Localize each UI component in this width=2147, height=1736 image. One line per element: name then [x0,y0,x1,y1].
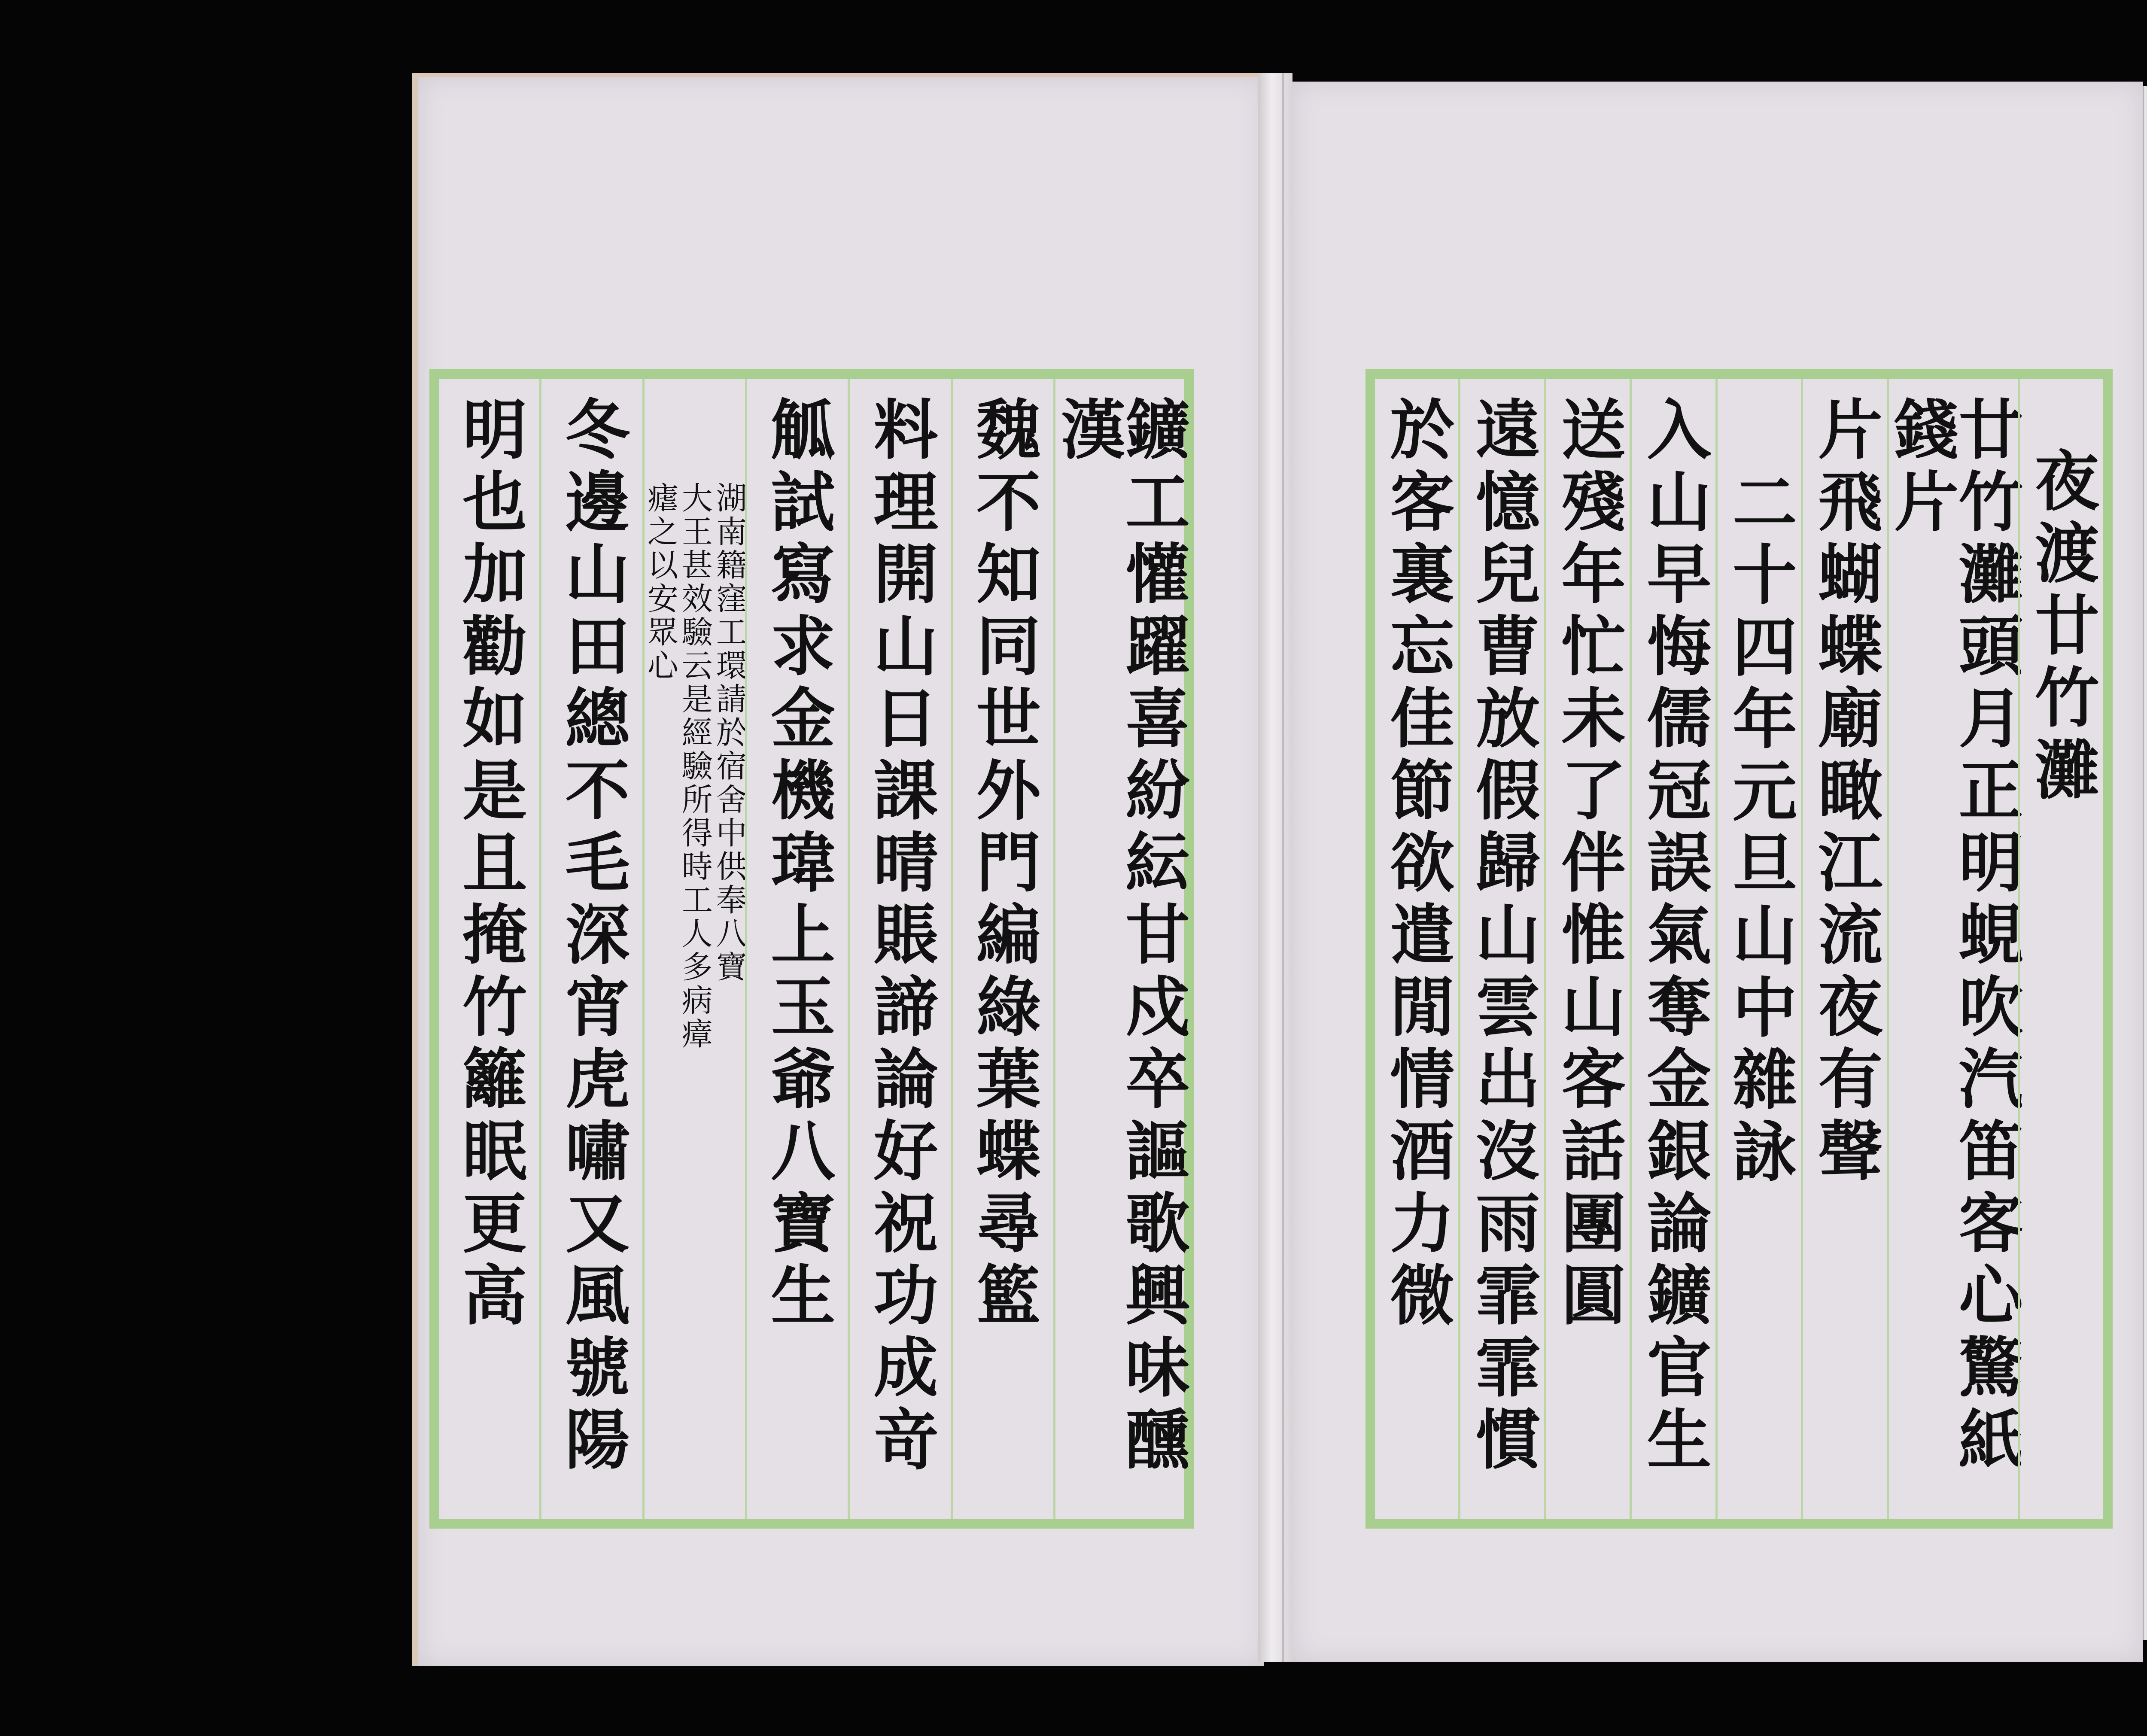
text-column: 鑛工懽躍喜紛紜甘戍卒謳歌興味醺漢 [1053,379,1184,1519]
text-column: 料理開山日課晴賬諦論好祝功成竒 [848,379,950,1519]
text-column: 夜渡廿竹灘 [2018,379,2103,1519]
text-column: 廿竹灘頭月正明蜆吹汽笛客心驚紙錢片 [1887,379,2018,1519]
left-page-columns: 鑛工懽躍喜紛紜甘戍卒謳歌興味醺漢 魏不知同世外門編綠葉蝶尋籃 料理開山日課晴賬諦… [439,379,1184,1519]
open-book: 夜渡廿竹灘 廿竹灘頭月正明蜆吹汽笛客心驚紙錢片 片飛蝴蝶廟瞰江流夜有聲 二十四年… [0,0,2147,1736]
poem-title: 夜渡廿竹灘 [2029,396,2094,1519]
right-page-columns: 夜渡廿竹灘 廿竹灘頭月正明蜆吹汽笛客心驚紙錢片 片飛蝴蝶廟瞰江流夜有聲 二十四年… [1375,379,2103,1519]
text-column: 冬邊山田總不毛深宵虎嘯又風號陽 [539,379,642,1519]
annotation-line: 湖南籍窪工環請於宿舍中供奉八寶 [714,482,745,1519]
verse-line: 觚試寫求金機瑋上玉爺八寶生 [765,396,830,1519]
annotation-column: 湖南籍窪工環請於宿舍中供奉八寶 大王甚效驗云是經驗所得時工人多病瘴 瘧之以安眾心 [642,379,745,1519]
right-page-frame: 夜渡廿竹灘 廿竹灘頭月正明蜆吹汽笛客心驚紙錢片 片飛蝴蝶廟瞰江流夜有聲 二十四年… [1365,369,2113,1529]
text-column: 送殘年忙未了伴惟山客話團圓 [1544,379,1630,1519]
verse-line: 明也加勸如是且掩竹籬眠更高 [457,396,521,1519]
verse-line: 魏不知同世外門編綠葉蝶尋籃 [971,396,1035,1519]
verse-line: 入山早悔儒冠誤氣奪金銀論鑛官生 [1642,396,1706,1519]
verse-line: 料理開山日課晴賬諦論好祝功成竒 [868,396,933,1519]
book-spine [1258,73,1292,1662]
text-column: 片飛蝴蝶廟瞰江流夜有聲 [1801,379,1886,1519]
verse-line: 於客裏忘佳節欲遣閒情酒力微 [1384,396,1449,1519]
text-column: 入山早悔儒冠誤氣奪金銀論鑛官生 [1630,379,1715,1519]
text-column: 遠憶兒曹放假歸山雲出沒雨霏霏慣 [1458,379,1544,1519]
annotation-line: 瘧之以安眾心 [645,482,676,1519]
left-page-frame: 鑛工懽躍喜紛紜甘戍卒謳歌興味醺漢 魏不知同世外門編綠葉蝶尋籃 料理開山日課晴賬諦… [429,369,1194,1529]
verse-line: 片飛蝴蝶廟瞰江流夜有聲 [1812,396,1877,1519]
verse-line: 遠憶兒曹放假歸山雲出沒雨霏霏慣 [1470,396,1535,1519]
verse-line: 廿竹灘頭月正明蜆吹汽笛客心驚紙錢片 [1889,396,2018,1519]
poem-title: 二十四年元旦山中雜詠 [1727,396,1791,1519]
verse-line: 鑛工懽躍喜紛紜甘戍卒謳歌興味醺漢 [1055,396,1184,1519]
verse-line: 冬邊山田總不毛深宵虎嘯又風號陽 [560,396,624,1519]
spine-crease [1282,73,1284,1662]
text-column: 觚試寫求金機瑋上玉爺八寶生 [745,379,848,1519]
text-column: 魏不知同世外門編綠葉蝶尋籃 [951,379,1053,1519]
text-column: 二十四年元旦山中雜詠 [1715,379,1801,1519]
text-column: 於客裏忘佳節欲遣閒情酒力微 [1375,379,1458,1519]
verse-line: 送殘年忙未了伴惟山客話團圓 [1556,396,1620,1519]
text-column: 明也加勸如是且掩竹籬眠更高 [439,379,539,1519]
page-stack-edge-inner [2143,86,2147,1640]
annotation-line: 大王甚效驗云是經驗所得時工人多病瘴 [679,482,710,1519]
